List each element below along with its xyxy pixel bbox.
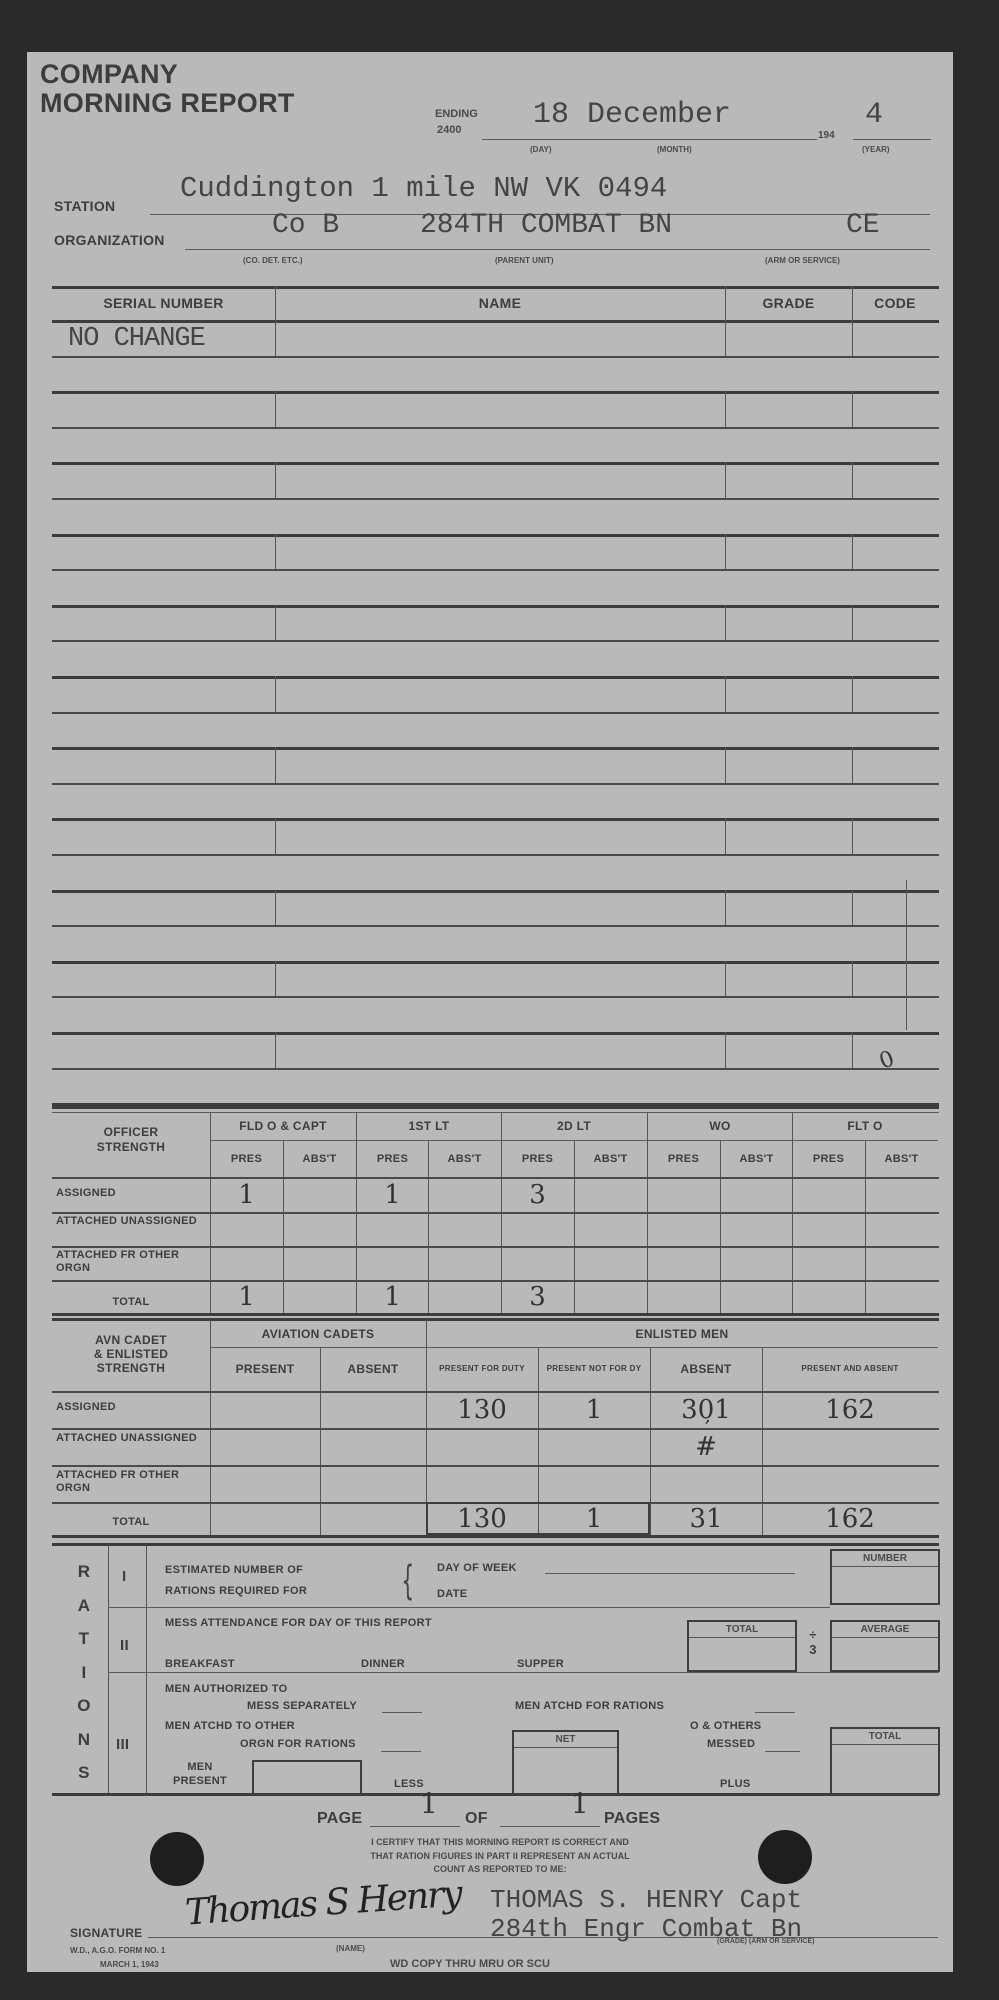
entry-row[interactable]: [52, 462, 939, 498]
entry-row-line: [52, 569, 939, 571]
officer-strength-cell[interactable]: [574, 1212, 647, 1246]
part1-text-line2: RATIONS REQUIRED FOR: [165, 1585, 307, 1597]
org-arm-caption: (ARM OR SERVICE): [765, 256, 840, 265]
men-present-line2: PRESENT: [150, 1774, 250, 1788]
enlisted-strength-cell[interactable]: [320, 1465, 426, 1502]
enlisted-strength-cell[interactable]: [210, 1391, 320, 1428]
entry-row-line: [52, 356, 939, 358]
total-pages-line: [500, 1826, 600, 1827]
rations-total-box[interactable]: TOTAL: [830, 1727, 940, 1795]
officer-row-label: ATTACHED UNASSIGNED: [56, 1215, 206, 1228]
officers-others-line1: O & OTHERS: [690, 1720, 761, 1732]
officer-sub-header: ABS'T: [574, 1140, 647, 1177]
officer-strength-cell[interactable]: [720, 1280, 793, 1313]
header-serial-number: SERIAL NUMBER: [52, 295, 275, 311]
entry-table-top-border: [52, 286, 939, 289]
copy-note: WD COPY THRU MRU OR SCU: [390, 1958, 550, 1970]
org-parent-caption: (PARENT UNIT): [495, 256, 554, 265]
aviation-cadets-header: AVIATION CADETS: [210, 1320, 426, 1347]
certify-line2: THAT RATION FIGURES IN PART II REPRESENT…: [270, 1850, 730, 1864]
certify-line3: COUNT AS REPORTED TO ME:: [270, 1863, 730, 1877]
officer-strength-cell[interactable]: [501, 1212, 574, 1246]
officer-strength-cell[interactable]: [574, 1246, 647, 1280]
officer-sub-header: PRES: [792, 1140, 865, 1177]
part1-numeral: I: [122, 1568, 126, 1585]
entry-header-divider: [725, 286, 726, 320]
enlisted-row-label: ASSIGNED: [56, 1401, 206, 1414]
officer-strength-cell[interactable]: 3: [501, 1280, 574, 1313]
attendance-total-label: TOTAL: [689, 1622, 795, 1638]
officer-strength-cell[interactable]: 1: [210, 1177, 283, 1212]
ending-label: ENDING: [435, 108, 478, 120]
station-value[interactable]: Cuddington 1 mile NW VK 0494: [180, 172, 667, 205]
rations-side-divider: [108, 1545, 109, 1795]
enlisted-row-line: [52, 1535, 939, 1538]
enlisted-strength-cell[interactable]: 31: [650, 1502, 762, 1535]
officer-strength-cell[interactable]: [283, 1212, 356, 1246]
org-unit-caption: (CO. DET. ETC.): [243, 256, 303, 265]
rations-side-letter: R: [60, 1555, 108, 1589]
year-prefix: 194: [818, 130, 835, 141]
officers-messed-line[interactable]: [765, 1751, 800, 1752]
other-orgn-line1: MEN ATCHD TO OTHER: [165, 1720, 295, 1732]
enlisted-strength-cell[interactable]: [210, 1428, 320, 1465]
org-unit-value[interactable]: Co B: [272, 210, 339, 241]
entry-row-line: [52, 498, 939, 500]
officer-strength-cell[interactable]: [428, 1177, 501, 1212]
officer-strength-cell[interactable]: 1: [210, 1280, 283, 1313]
entry-row-line: [52, 925, 939, 927]
officer-sub-header: ABS'T: [283, 1140, 356, 1177]
day-of-week-line[interactable]: [545, 1573, 795, 1574]
enlisted-strength-cell[interactable]: 162: [762, 1391, 938, 1428]
officer-strength-cell[interactable]: 1: [356, 1177, 429, 1212]
day-of-week-label: DAY OF WEEK: [437, 1562, 517, 1574]
auth-line2: MESS SEPARATELY: [247, 1700, 357, 1712]
mess-separately-line[interactable]: [382, 1712, 422, 1713]
part2-numeral: II: [120, 1637, 129, 1654]
enlisted-row-label: ATTACHED UNASSIGNED: [56, 1432, 206, 1445]
officer-row-label: TOTAL: [56, 1296, 206, 1309]
plus-label: PLUS: [720, 1778, 751, 1790]
entry-row-line: [52, 854, 939, 856]
part3-numeral: III: [116, 1736, 129, 1753]
rations-total-label: TOTAL: [832, 1729, 938, 1745]
enlisted-strength-cell[interactable]: 130: [426, 1391, 538, 1428]
officer-sub-header: PRES: [356, 1140, 429, 1177]
enlisted-label-line1: AVN CADET: [52, 1333, 210, 1347]
enlisted-strength-label: AVN CADET & ENLISTED STRENGTH: [52, 1333, 210, 1375]
binder-hole-right: [758, 1830, 812, 1884]
org-parent-value[interactable]: 284TH COMBAT BN: [420, 210, 672, 241]
entry-row[interactable]: [52, 391, 939, 427]
enlisted-strength-cell[interactable]: [538, 1428, 650, 1465]
entry-row-line: [52, 783, 939, 785]
officer-group-header: FLT O: [792, 1112, 938, 1140]
entry-row[interactable]: [52, 605, 939, 641]
entry-row-line: [52, 712, 939, 714]
entry-row-line: [52, 427, 939, 429]
officer-group-header: 2D LT: [501, 1112, 647, 1140]
officer-strength-cell[interactable]: 3: [501, 1177, 574, 1212]
enlisted-strength-cell[interactable]: 30̦1: [650, 1391, 762, 1428]
station-label: STATION: [54, 198, 115, 214]
officer-table-top-thick: [52, 1106, 939, 1109]
rations-side-letter: O: [60, 1689, 108, 1723]
org-arm-value[interactable]: CE: [846, 210, 880, 241]
enlisted-sub-header: PRESENT NOT FOR DY: [538, 1347, 650, 1391]
day-caption: (DAY): [530, 145, 551, 154]
entry-header-divider: [275, 286, 276, 320]
enlisted-men-header: ENLISTED MEN: [426, 1320, 938, 1347]
officer-strength-cell[interactable]: [428, 1246, 501, 1280]
enlisted-row-label: ATTACHED FR OTHER ORGN: [56, 1469, 206, 1495]
officer-strength-cell[interactable]: 1: [356, 1280, 429, 1313]
form-title-line1: COMPANY: [40, 60, 178, 88]
entry-header-divider: [852, 286, 853, 320]
officer-strength-cell[interactable]: [865, 1177, 938, 1212]
enlisted-label-line2: & ENLISTED: [52, 1347, 210, 1361]
entry-row[interactable]: [52, 320, 939, 356]
entry-row[interactable]: [52, 961, 939, 997]
number-box-label: NUMBER: [832, 1551, 938, 1567]
enlisted-strength-cell[interactable]: 162: [762, 1502, 938, 1535]
organization-label: ORGANIZATION: [54, 232, 165, 248]
rations-part1-bottom: [108, 1607, 830, 1608]
officer-strength-cell[interactable]: [792, 1280, 865, 1313]
page-number[interactable]: 1: [420, 1787, 438, 1820]
auth-line1: MEN AUTHORIZED TO: [165, 1683, 287, 1695]
officer-group-line: [210, 1140, 938, 1141]
name-caption: (NAME): [336, 1944, 365, 1953]
officer-strength-cell[interactable]: [865, 1246, 938, 1280]
form-title-line2: MORNING REPORT: [40, 88, 295, 118]
certification-statement: I CERTIFY THAT THIS MORNING REPORT IS CO…: [270, 1836, 730, 1877]
officer-strength-label: OFFICER STRENGTH: [52, 1125, 210, 1155]
officer-strength-cell[interactable]: [792, 1212, 865, 1246]
officers-others-line2: MESSED: [707, 1738, 755, 1750]
enlisted-strength-cell[interactable]: [650, 1465, 762, 1502]
officer-strength-cell[interactable]: [283, 1280, 356, 1313]
rations-side-letter: S: [60, 1756, 108, 1790]
officer-row-label: ATTACHED FR OTHER ORGN: [56, 1249, 206, 1275]
month-caption: (MONTH): [657, 145, 692, 154]
officer-strength-cell[interactable]: [720, 1177, 793, 1212]
form-number-line2: MARCH 1, 1943: [100, 1960, 159, 1969]
officer-row-label: ASSIGNED: [56, 1187, 206, 1200]
officer-group-header: WO: [647, 1112, 793, 1140]
divide-by-three: ÷ 3: [801, 1627, 825, 1657]
enlisted-strength-cell[interactable]: 1: [538, 1502, 650, 1535]
officer-strength-cell[interactable]: [428, 1212, 501, 1246]
officer-label-line1: OFFICER: [52, 1125, 210, 1140]
men-present-box[interactable]: [252, 1760, 362, 1795]
officer-sub-header: PRES: [647, 1140, 720, 1177]
signer-name: THOMAS S. HENRY Capt: [490, 1885, 802, 1915]
enlisted-strength-cell[interactable]: #: [650, 1428, 762, 1465]
officer-strength-cell[interactable]: [428, 1280, 501, 1313]
net-box[interactable]: NET: [512, 1730, 619, 1795]
header-name: NAME: [275, 295, 725, 311]
officer-strength-cell[interactable]: [792, 1246, 865, 1280]
net-box-label: NET: [514, 1732, 617, 1748]
officer-strength-cell[interactable]: [647, 1212, 720, 1246]
supper-label: SUPPER: [517, 1658, 564, 1670]
rations-top-border: [52, 1543, 939, 1546]
enlisted-label-line3: STRENGTH: [52, 1361, 210, 1375]
officer-sub-header: PRES: [210, 1140, 283, 1177]
enlisted-sub-header: PRESENT FOR DUTY: [426, 1347, 538, 1391]
divisor-value: 3: [801, 1642, 825, 1657]
entry-row[interactable]: [52, 1032, 939, 1068]
entry-row[interactable]: [52, 747, 939, 783]
header-code: CODE: [852, 295, 938, 311]
men-present-line1: MEN: [150, 1760, 250, 1774]
officer-strength-cell[interactable]: [865, 1280, 938, 1313]
entry-row[interactable]: [52, 818, 939, 854]
rations-side-letter: I: [60, 1656, 108, 1690]
number-box[interactable]: NUMBER: [830, 1549, 940, 1605]
officer-sub-header: ABS'T: [428, 1140, 501, 1177]
of-label: OF: [465, 1810, 488, 1828]
officer-row-line: [52, 1313, 939, 1316]
page-label: PAGE: [317, 1810, 362, 1828]
officer-label-line2: STRENGTH: [52, 1140, 210, 1155]
enlisted-strength-cell[interactable]: [426, 1465, 538, 1502]
marginal-vertical-mark: [906, 880, 907, 1030]
organization-underline: [185, 249, 930, 250]
attendance-total-box[interactable]: TOTAL: [687, 1620, 797, 1672]
entry-row-line: [52, 1068, 939, 1070]
enlisted-strength-cell[interactable]: [210, 1465, 320, 1502]
officer-strength-cell[interactable]: [720, 1246, 793, 1280]
rations-side-letter: A: [60, 1589, 108, 1623]
other-orgn-line2: ORGN FOR RATIONS: [240, 1738, 356, 1750]
year-caption: (YEAR): [862, 145, 890, 154]
breakfast-label: BREAKFAST: [165, 1658, 235, 1670]
part2-title: MESS ATTENDANCE FOR DAY OF THIS REPORT: [165, 1617, 432, 1629]
enlisted-strength-cell[interactable]: [538, 1465, 650, 1502]
officer-strength-cell[interactable]: [210, 1246, 283, 1280]
officer-group-header: 1ST LT: [356, 1112, 502, 1140]
officer-strength-cell[interactable]: [647, 1177, 720, 1212]
men-atchd-rations-line[interactable]: [755, 1712, 795, 1713]
officer-strength-cell[interactable]: [283, 1246, 356, 1280]
total-pages[interactable]: 1: [571, 1787, 589, 1820]
enlisted-sub-header: ABSENT: [650, 1347, 762, 1391]
average-box[interactable]: AVERAGE: [830, 1620, 940, 1672]
officer-strength-cell[interactable]: [210, 1212, 283, 1246]
entry-row[interactable]: [52, 534, 939, 570]
enlisted-sub-header: PRESENT: [210, 1347, 320, 1391]
officer-strength-cell[interactable]: [574, 1280, 647, 1313]
page-number-line: [370, 1826, 460, 1827]
officer-strength-cell[interactable]: [356, 1212, 429, 1246]
entry-row[interactable]: [52, 890, 939, 926]
entry-row-line: [52, 996, 939, 998]
form-number-line1: W.D., A.G.O. FORM NO. 1: [70, 1946, 165, 1955]
officer-strength-cell[interactable]: [865, 1212, 938, 1246]
men-present-label: MEN PRESENT: [150, 1760, 250, 1788]
enlisted-strength-cell[interactable]: [320, 1428, 426, 1465]
pages-label: PAGES: [604, 1810, 660, 1828]
officer-strength-cell[interactable]: [501, 1246, 574, 1280]
part1-text-line1: ESTIMATED NUMBER OF: [165, 1564, 303, 1576]
officer-strength-cell[interactable]: [283, 1177, 356, 1212]
enlisted-strength-cell[interactable]: [762, 1465, 938, 1502]
enlisted-strength-cell[interactable]: 1: [538, 1391, 650, 1428]
officer-sub-header: PRES: [501, 1140, 574, 1177]
enlisted-row-label: TOTAL: [56, 1516, 206, 1529]
enlisted-strength-cell[interactable]: 130: [426, 1502, 538, 1535]
header-grade: GRADE: [725, 295, 852, 311]
divide-icon: ÷: [801, 1627, 825, 1642]
officer-strength-cell[interactable]: [574, 1177, 647, 1212]
officer-strength-cell[interactable]: [647, 1280, 720, 1313]
date-underline: [482, 139, 817, 140]
rations-part2-bottom: [108, 1672, 939, 1673]
grade-caption: (GRADE) (ARM OR SERVICE): [717, 1938, 814, 1945]
enlisted-sub-header: ABSENT: [320, 1347, 426, 1391]
rations-bottom-border: [52, 1793, 939, 1796]
date-label: DATE: [437, 1588, 467, 1600]
rations-side-letter: N: [60, 1723, 108, 1757]
officer-sub-header: ABS'T: [720, 1140, 793, 1177]
men-atchd-rations-label: MEN ATCHD FOR RATIONS: [515, 1700, 664, 1712]
enlisted-strength-cell[interactable]: [426, 1428, 538, 1465]
rations-side-letter: T: [60, 1622, 108, 1656]
ending-time: 2400: [437, 124, 461, 136]
report-day-month[interactable]: 18 December: [533, 98, 731, 132]
enlisted-strength-cell[interactable]: [320, 1502, 426, 1535]
enlisted-strength-cell[interactable]: [210, 1502, 320, 1535]
officer-strength-cell[interactable]: [720, 1212, 793, 1246]
entry-row[interactable]: [52, 676, 939, 712]
report-year[interactable]: 4: [865, 98, 883, 132]
enlisted-strength-cell[interactable]: [762, 1428, 938, 1465]
officer-strength-cell[interactable]: [792, 1177, 865, 1212]
officer-strength-cell[interactable]: [356, 1246, 429, 1280]
year-underline: [853, 139, 931, 140]
enlisted-sub-header: PRESENT AND ABSENT: [762, 1347, 938, 1391]
brace-icon: {: [401, 1558, 414, 1604]
entry-row-line: [52, 640, 939, 642]
enlisted-strength-cell[interactable]: [320, 1391, 426, 1428]
rations-side-label: RATIONS: [60, 1555, 108, 1790]
average-box-label: AVERAGE: [832, 1622, 938, 1638]
certify-line1: I CERTIFY THAT THIS MORNING REPORT IS CO…: [270, 1836, 730, 1850]
binder-hole-left: [150, 1832, 204, 1886]
signature-label: SIGNATURE: [70, 1926, 142, 1940]
rations-numeral-divider: [146, 1545, 147, 1795]
officer-group-header: FLD O & CAPT: [210, 1112, 356, 1140]
other-orgn-line[interactable]: [381, 1751, 421, 1752]
officer-sub-header: ABS'T: [865, 1140, 938, 1177]
officer-strength-cell[interactable]: [647, 1246, 720, 1280]
dinner-label: DINNER: [361, 1658, 405, 1670]
